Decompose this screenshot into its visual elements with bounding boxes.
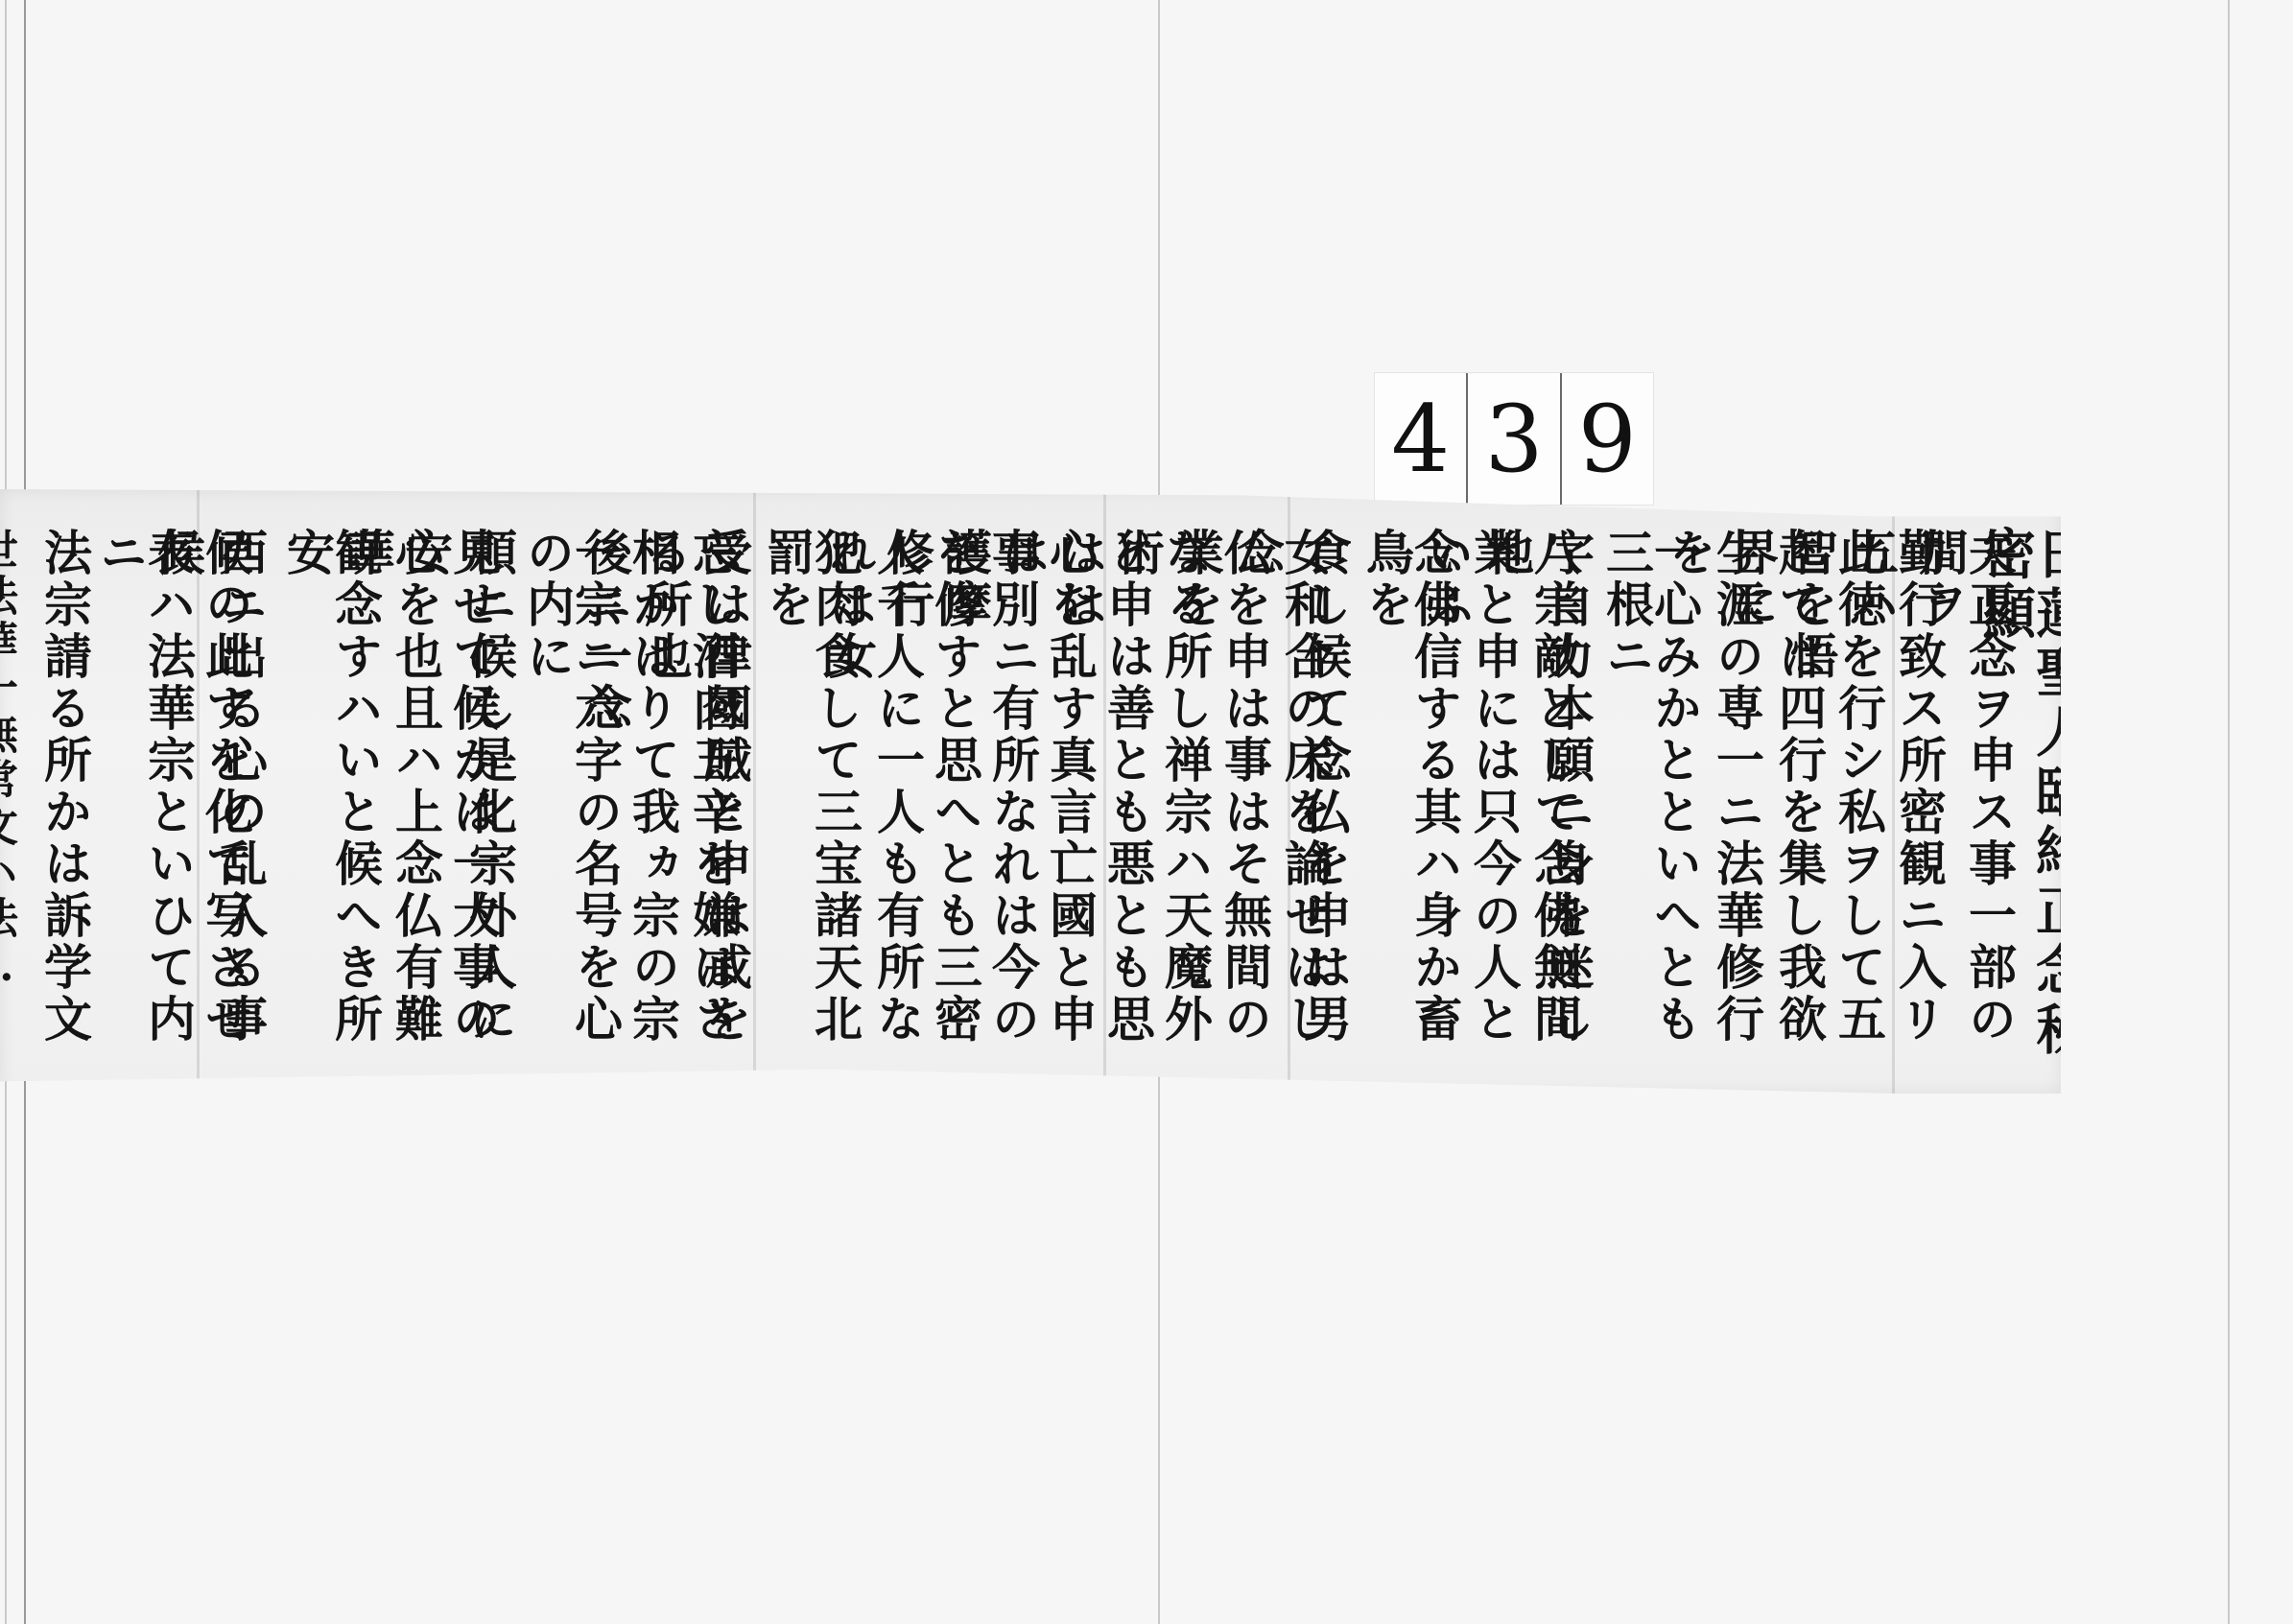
scan-edge-line-right [2228,0,2230,1624]
text-column: 法宗請る所かは訴学文 [40,528,88,1046]
manuscript-text: 日蓮聖人臨終正念秘密顯 夫正念ヲ申ス事一部の間ヲ 勤行致ス所密観ニ入リ五ハ 此徳… [0,489,2061,1094]
page-number-digit: 3 [1468,373,1561,505]
adjacent-page-partial-column: 世法華一無常文ハ法… [0,499,21,1074]
text-column: 表ハ法華宗といひて内ニ [96,528,192,1094]
page-number-label: 4 3 9 [1374,372,1654,506]
page-number-digit: 9 [1562,373,1653,505]
text-column: 一心みかとといへとも三根ニ [1602,528,1698,1094]
text-column: 一宗ニ六字の名号を心の内に [523,528,619,1094]
text-column: 念佛信する其ハ身か畜鳥を [1362,528,1458,1094]
partial-text-column: 世法華一無常文ハ法… [0,528,13,995]
manuscript-scroll: 日蓮聖人臨終正念秘密顯 夫正念ヲ申ス事一部の間ヲ 勤行致ス所密観ニ入リ五ハ 此徳… [0,489,2061,1094]
text-column: 観念すハいと候へき所安 [283,528,379,1094]
page-number-digit: 4 [1375,373,1468,505]
text-column: 犯肉食して三宝諸天北罰を [763,528,859,1094]
